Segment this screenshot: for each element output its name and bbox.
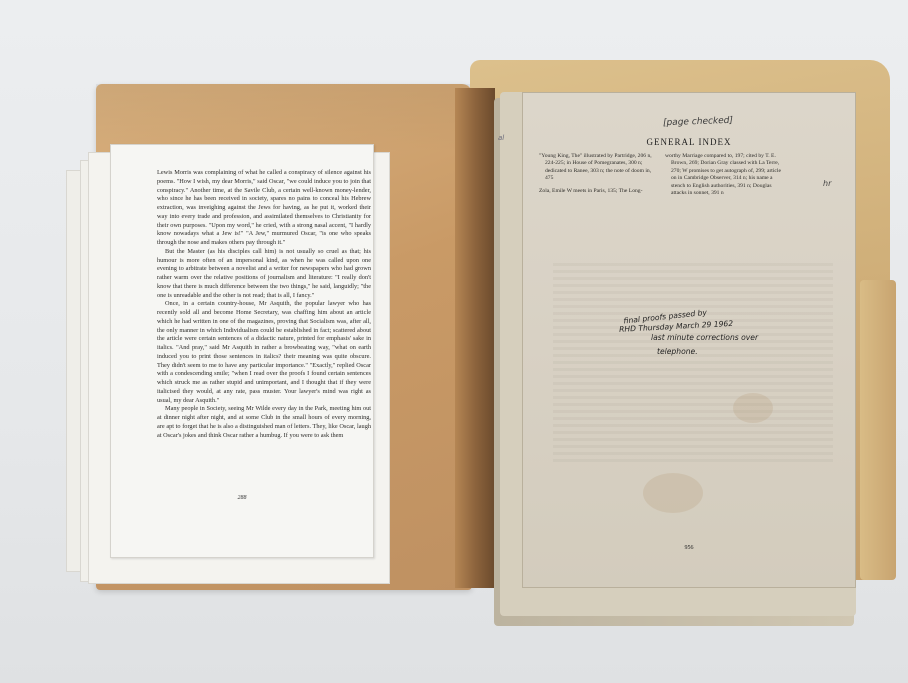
index-page-956: [page checked] GENERAL INDEX "Young King… bbox=[522, 92, 856, 588]
index-entry: "Young King, The" illustrated by Partrid… bbox=[539, 153, 657, 183]
index-column-2: worthy Marriage compared to, 197; cited … bbox=[665, 153, 783, 202]
paper-stain bbox=[643, 473, 703, 513]
page-number: 956 bbox=[523, 545, 855, 551]
margin-annotation: hr bbox=[823, 179, 831, 188]
handwritten-proof-note: final proofs passed by RHD Thursday Marc… bbox=[623, 303, 843, 359]
paragraph: Lewis Morris was complaining of what he … bbox=[157, 169, 371, 248]
handwritten-page-checked: [page checked] bbox=[663, 116, 733, 128]
envelope-torn-edge bbox=[860, 280, 896, 580]
index-title: GENERAL INDEX bbox=[523, 137, 855, 147]
paragraph: Many people in Society, seeing Mr Wilde … bbox=[157, 405, 371, 440]
index-entry: Zola, Emile W meets in Paris, 135; The L… bbox=[539, 188, 657, 195]
paragraph: Once, in a certain country-house, Mr Asq… bbox=[157, 300, 371, 405]
show-through-text bbox=[553, 263, 833, 463]
paragraph: But the Master (as his disciples call hi… bbox=[157, 248, 371, 301]
proof-page-288: Lewis Morris was complaining of what he … bbox=[110, 144, 374, 558]
page-body-text: Lewis Morris was complaining of what he … bbox=[157, 169, 371, 440]
note-line: telephone. bbox=[657, 345, 843, 359]
index-entry: worthy Marriage compared to, 197; cited … bbox=[665, 153, 783, 197]
envelope-fold bbox=[455, 88, 495, 588]
page-number: 288 bbox=[111, 495, 373, 501]
margin-annotation: al bbox=[498, 134, 504, 142]
paper-stain bbox=[733, 393, 773, 423]
index-column-1: "Young King, The" illustrated by Partrid… bbox=[539, 153, 657, 200]
